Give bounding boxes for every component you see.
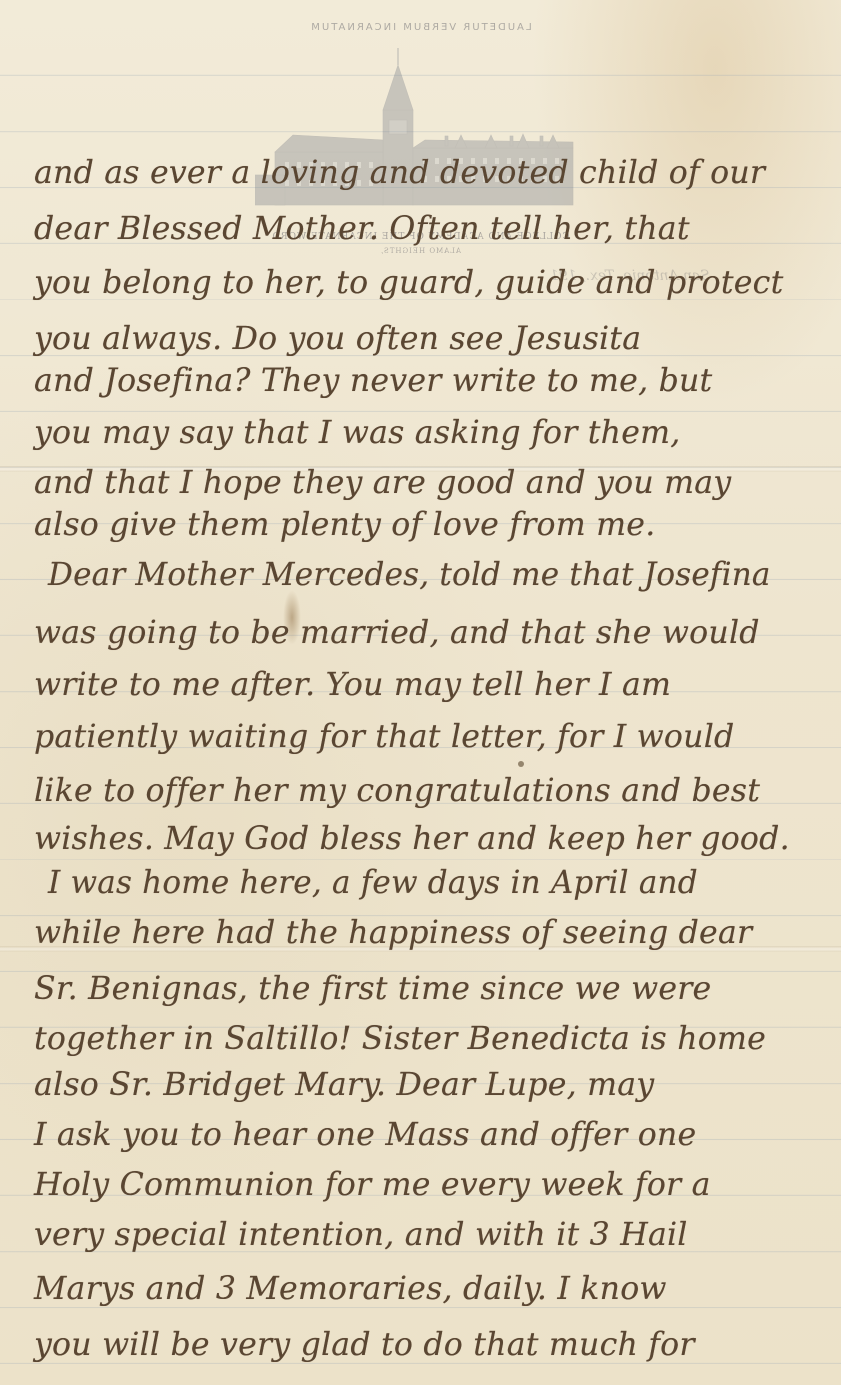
letter-line: wishes. May God bless her and keep her g…: [34, 818, 824, 858]
letter-line: and as ever a loving and devoted child o…: [34, 152, 824, 192]
letter-line: Dear Mother Mercedes, told me that Josef…: [48, 554, 824, 594]
letter-line: you will be very glad to do that much fo…: [34, 1324, 824, 1364]
letter-line: Marys and 3 Memoraries, daily. I know: [34, 1268, 824, 1308]
letter-line: I ask you to hear one Mass and offer one: [34, 1114, 824, 1154]
letter-line: you may say that I was asking for them,: [34, 412, 824, 452]
handwritten-letter: and as ever a loving and devoted child o…: [0, 0, 841, 1385]
letter-line: you always. Do you often see Jesusita: [34, 318, 824, 358]
letter-line: dear Blessed Mother. Often tell her, tha…: [34, 208, 824, 248]
letter-line: like to offer her my congratulations and…: [34, 770, 824, 810]
letter-line: write to me after. You may tell her I am: [34, 664, 824, 704]
letter-line: was going to be married, and that she wo…: [34, 612, 824, 652]
letter-line: Sr. Benignas, the first time since we we…: [34, 968, 824, 1008]
letter-line: also Sr. Bridget Mary. Dear Lupe, may: [34, 1064, 824, 1104]
letter-line: I was home here, a few days in April and: [48, 862, 824, 902]
letter-line: and that I hope they are good and you ma…: [34, 462, 824, 502]
letter-line: Holy Communion for me every week for a: [34, 1164, 824, 1204]
letter-line: while here had the happiness of seeing d…: [34, 912, 824, 952]
letter-line: also give them plenty of love from me.: [34, 504, 824, 544]
letter-line: very special intention, and with it 3 Ha…: [34, 1214, 824, 1254]
letter-line: and Josefina? They never write to me, bu…: [34, 360, 824, 400]
letter-line: together in Saltillo! Sister Benedicta i…: [34, 1018, 824, 1058]
letter-line: you belong to her, to guard, guide and p…: [34, 262, 824, 302]
letter-line: patiently waiting for that letter, for I…: [34, 716, 824, 756]
